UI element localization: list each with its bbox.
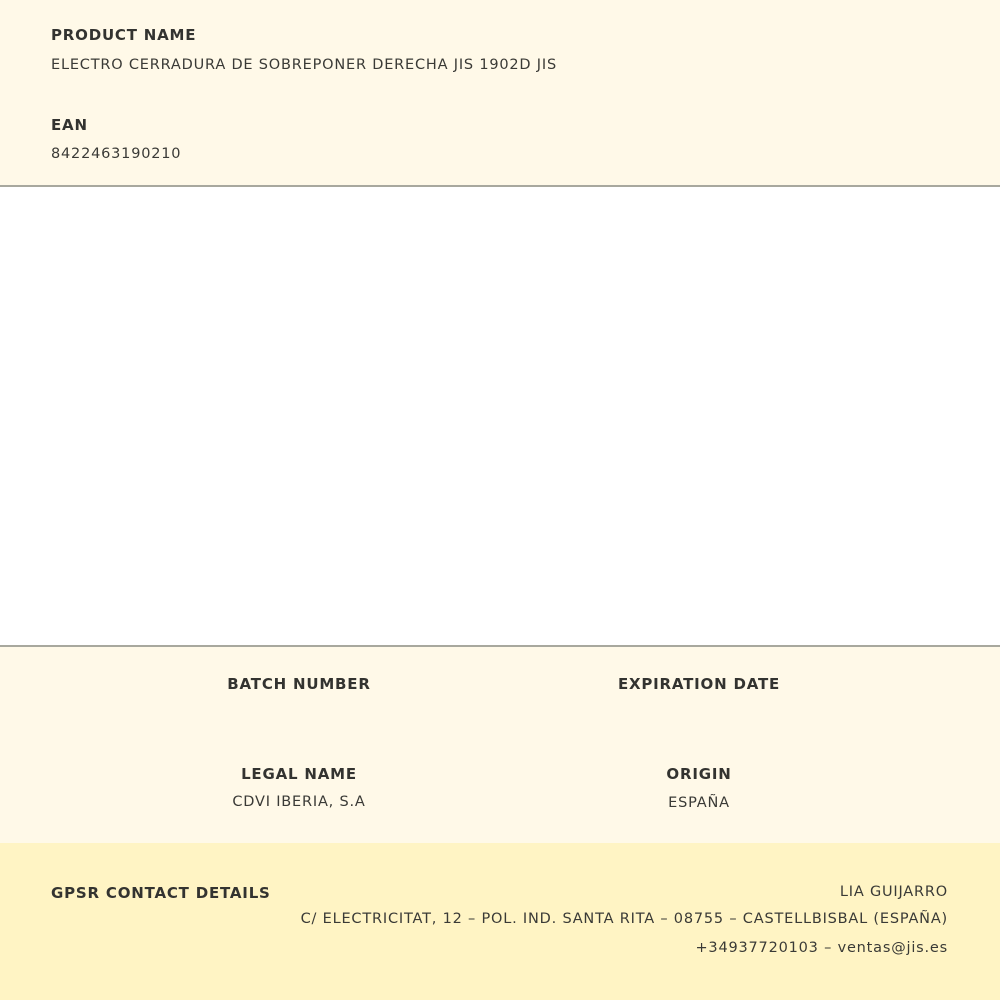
origin-value: ESPAÑA (668, 795, 730, 811)
ean-value: 8422463190210 (51, 146, 181, 162)
gpsr-contact-label: GPSR CONTACT DETAILS (51, 884, 271, 902)
product-name-value: ELECTRO CERRADURA DE SOBREPONER DERECHA … (51, 57, 557, 73)
gpsr-contact-section: GPSR CONTACT DETAILS LIA GUIJARRO C/ ELE… (0, 843, 1000, 1000)
details-section: BATCH NUMBER EXPIRATION DATE LEGAL NAME … (0, 645, 1000, 845)
blank-content-area (0, 187, 1000, 645)
contact-phone-email[interactable]: +34937720103 – ventas@jis.es (695, 940, 948, 956)
product-info-section: PRODUCT NAME ELECTRO CERRADURA DE SOBREP… (0, 0, 1000, 187)
origin-label: ORIGIN (666, 765, 731, 783)
batch-number-label: BATCH NUMBER (227, 675, 370, 693)
legal-name-value: CDVI IBERIA, S.A (232, 794, 365, 810)
ean-label: EAN (51, 116, 88, 134)
contact-name: LIA GUIJARRO (840, 884, 948, 900)
contact-address: C/ ELECTRICITAT, 12 – POL. IND. SANTA RI… (301, 911, 948, 927)
product-name-label: PRODUCT NAME (51, 26, 196, 44)
legal-name-label: LEGAL NAME (241, 765, 357, 783)
expiration-date-label: EXPIRATION DATE (618, 675, 780, 693)
